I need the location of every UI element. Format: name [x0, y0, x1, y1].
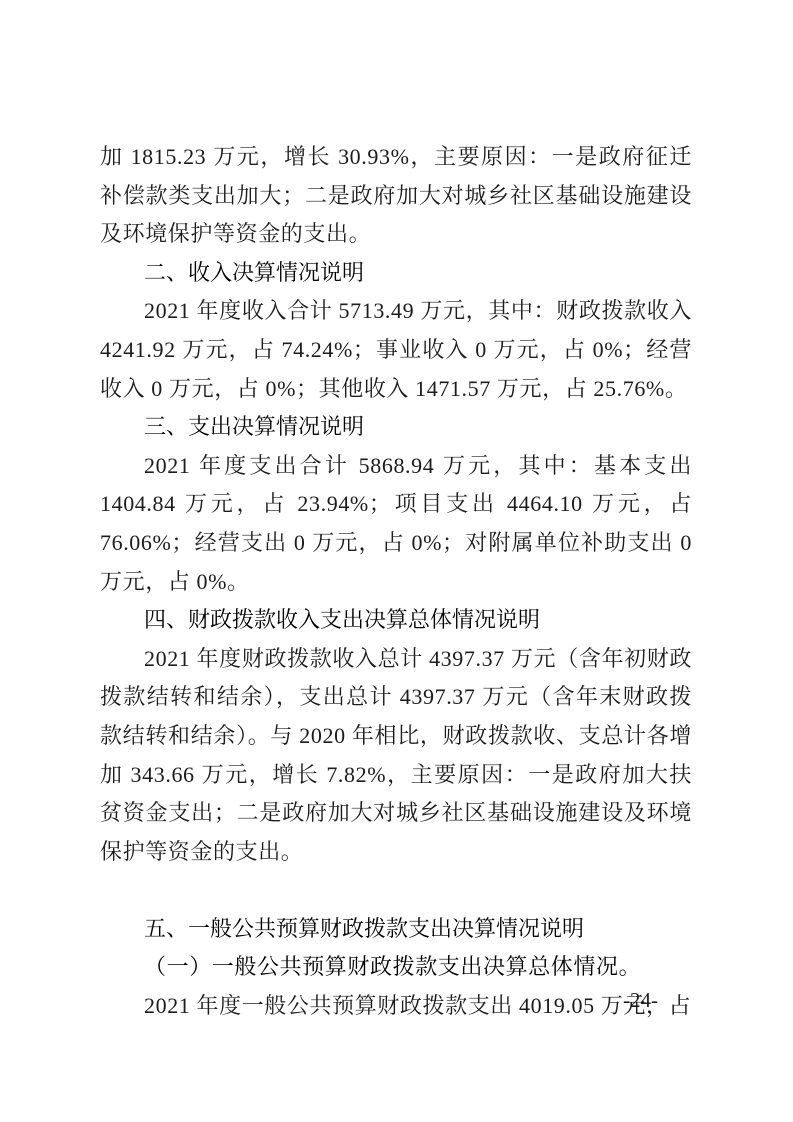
subsection-heading-public-budget-overall: （一）一般公共预算财政拨款支出决算总体情况。 — [100, 948, 692, 987]
paragraph-public-budget-expenditure: 2021 年度一般公共预算财政拨款支出 4019.05 万元，占 — [100, 987, 692, 1026]
paragraph-fiscal-appropriation-overview: 2021 年度财政拨款收入总计 4397.37 万元（含年初财政拨款结转和结余）… — [100, 640, 692, 872]
paragraph-expenditure: 2021 年度支出合计 5868.94 万元，其中：基本支出 1404.84 万… — [100, 447, 692, 601]
section-heading-expenditure: 三、支出决算情况说明 — [100, 408, 692, 447]
document-page: 加 1815.23 万元，增长 30.93%，主要原因：一是政府征迁补偿款类支出… — [0, 0, 793, 1122]
section-heading-income: 二、收入决算情况说明 — [100, 254, 692, 293]
paragraph-continuation: 加 1815.23 万元，增长 30.93%，主要原因：一是政府征迁补偿款类支出… — [100, 138, 692, 254]
page-number: -24- — [623, 986, 658, 1014]
document-content: 加 1815.23 万元，增长 30.93%，主要原因：一是政府征迁补偿款类支出… — [100, 138, 692, 1026]
section-heading-fiscal-appropriation-overview: 四、财政拨款收入支出决算总体情况说明 — [100, 601, 692, 640]
section-heading-public-budget-expenditure: 五、一般公共预算财政拨款支出决算情况说明 — [100, 910, 692, 949]
paragraph-income: 2021 年度收入合计 5713.49 万元，其中：财政拨款收入 4241.92… — [100, 292, 692, 408]
